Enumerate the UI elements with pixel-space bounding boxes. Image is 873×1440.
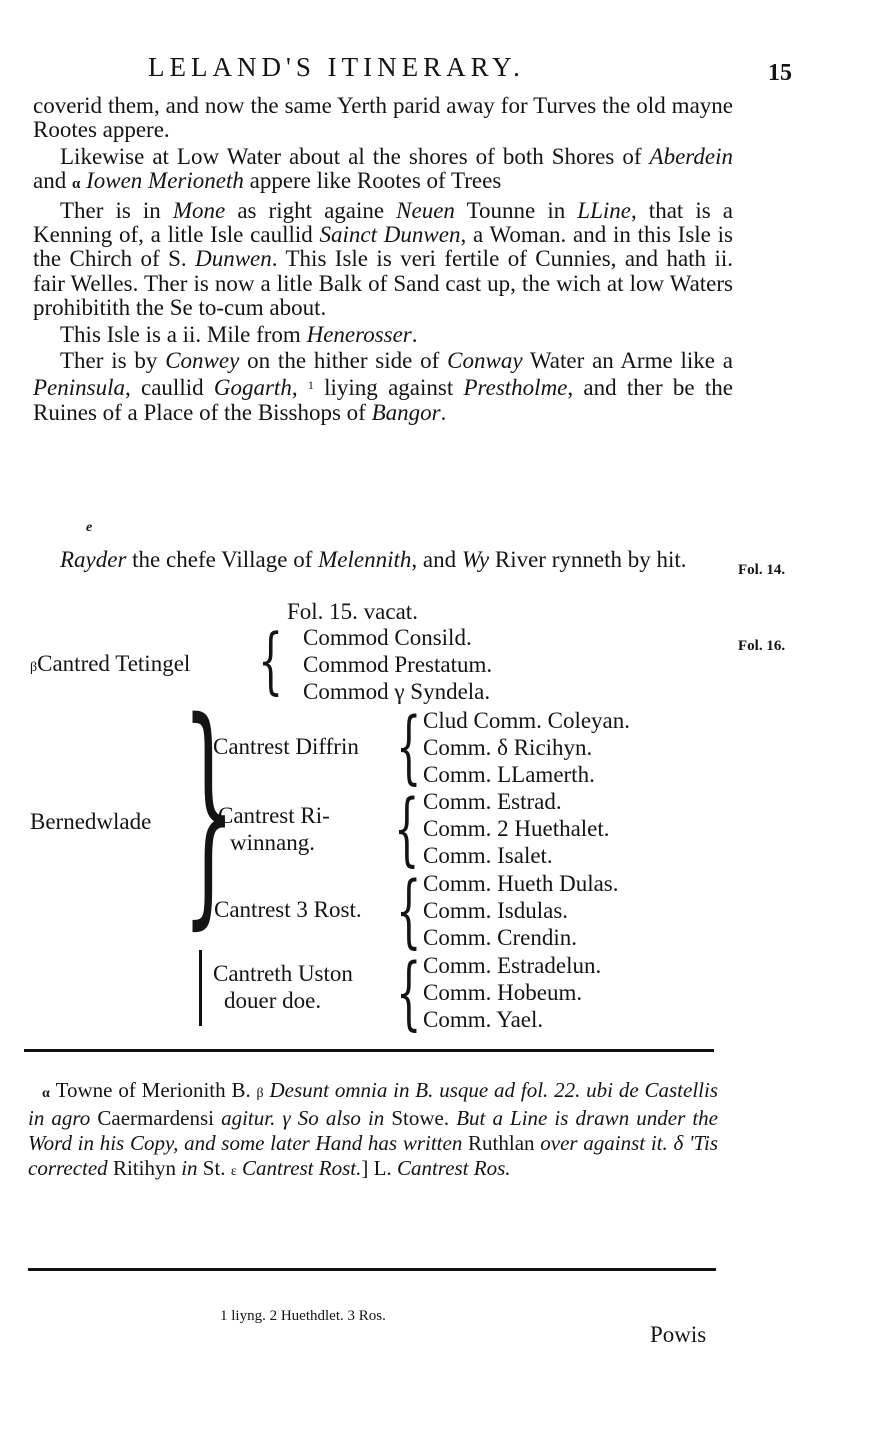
cantreth-uston-cont: douer doe. [224, 987, 321, 1014]
brace-icon: { [396, 946, 421, 1039]
paragraph-1: coverid them, and now the same Yerth par… [33, 94, 733, 143]
brace-icon: { [396, 700, 421, 793]
cantref-diffrin: Cantrest Diffrin [213, 733, 359, 760]
body-text: coverid them, and now the same Yerth par… [33, 94, 733, 427]
fol-vacat: Fol. 15. vacat. [287, 598, 418, 625]
comm-item: Comm. Hobeum. [423, 979, 582, 1006]
cantreth-uston: Cantreth Uston [213, 960, 353, 987]
footnotes: α Towne of Merionith B. β Desunt omnia i… [28, 1078, 718, 1184]
commod-item: Commod Consild. [303, 624, 472, 651]
paragraph-marker: e [86, 520, 92, 536]
catchword: Powis [650, 1322, 706, 1348]
bracket-bar [199, 950, 202, 1026]
comm-item: Comm. Isalet. [423, 842, 553, 869]
cantref-riwinnang-cont: winnang. [230, 829, 315, 856]
paragraph-5: Ther is by Conwey on the hither side of … [33, 349, 733, 425]
paragraph-4: This Isle is a ii. Mile from Henerosser. [33, 323, 733, 347]
brace-icon: { [258, 618, 283, 702]
bernedwlade-label: Bernedwlade [30, 808, 151, 835]
paragraph-6: Rayder the chefe Village of Melennith, a… [33, 548, 723, 572]
comm-item: Comm. LLamerth. [423, 761, 595, 788]
cantred-tetingel: βCantred Tetingel [30, 650, 190, 681]
paragraph-3: Ther is in Mone as right againe Neuen To… [33, 199, 733, 321]
margin-note-fol-14: Fol. 14. [738, 562, 785, 579]
commod-item: Commod Prestatum. [303, 651, 492, 678]
brace-icon: { [394, 782, 419, 875]
footnote-rule [24, 1049, 714, 1052]
margin-note-fol-16: Fol. 16. [738, 638, 785, 655]
cantref-rost: Cantrest 3 Rost. [214, 896, 362, 923]
comm-item: Comm. Yael. [423, 1006, 543, 1033]
comm-item: Comm. Crendin. [423, 924, 577, 951]
comm-item: Comm. Estradelun. [423, 952, 601, 979]
running-head: LELAND'S ITINERARY. [148, 52, 525, 83]
comm-item: Comm. Hueth Dulas. [423, 870, 619, 897]
bottom-rule [28, 1268, 716, 1271]
variant-readings: 1 liyng. 2 Huethdlet. 3 Ros. [220, 1308, 386, 1325]
brace-icon: { [396, 864, 421, 957]
cantref-riwinnang: Cantrest Ri- [218, 802, 330, 829]
page-number: 15 [768, 60, 792, 87]
comm-item: Comm. Estrad. [423, 788, 562, 815]
comm-item: Comm. Isdulas. [423, 897, 568, 924]
paragraph-2: Likewise at Low Water about al the shore… [33, 145, 733, 197]
comm-item: Clud Comm. Coleyan. [423, 707, 630, 734]
comm-item: Comm. 2 Huethalet. [423, 815, 610, 842]
comm-item: Comm. δ Ricihyn. [423, 734, 592, 761]
